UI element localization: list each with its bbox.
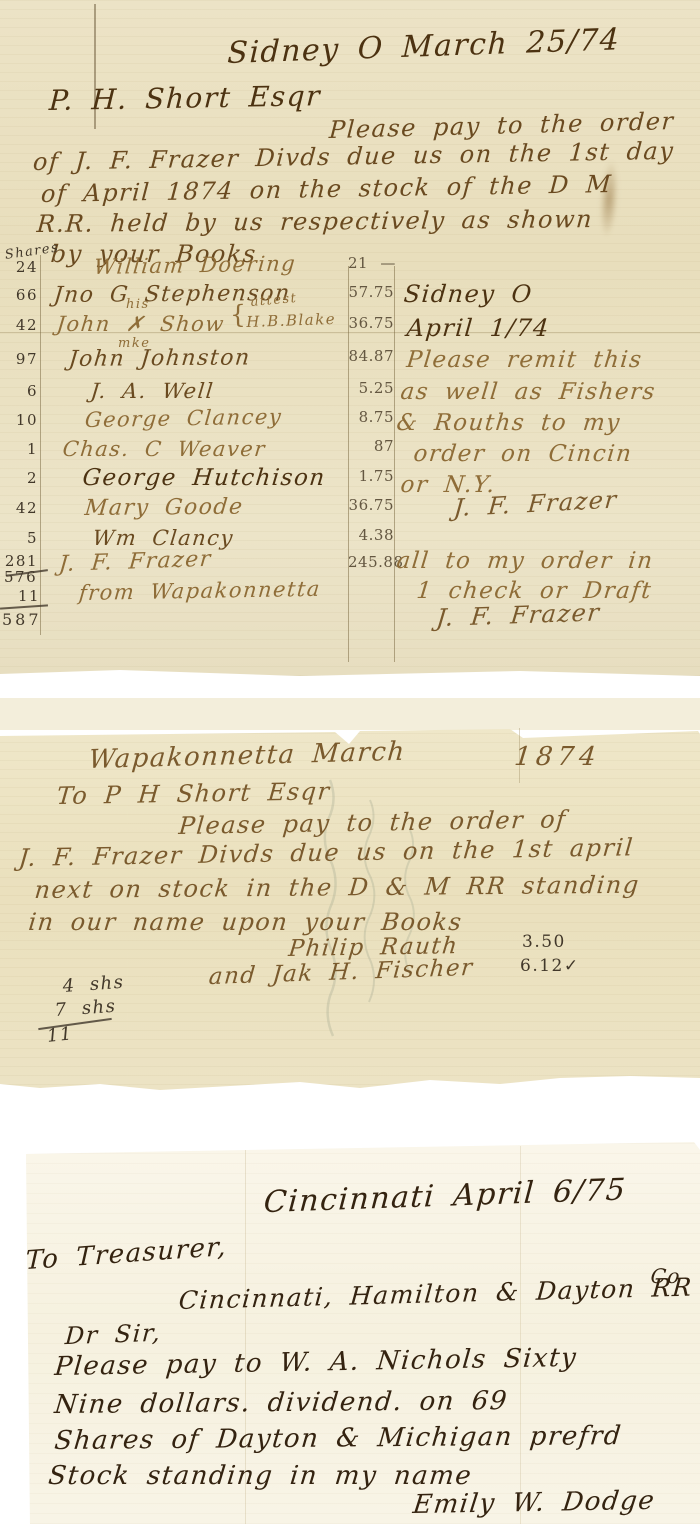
doc1-attest-brace: { <box>230 300 247 329</box>
doc1-row-amount: 57.75 <box>348 283 394 301</box>
doc1-row-amount: 8.75 <box>348 408 394 426</box>
doc2-tally-line2: 7 shs <box>54 996 117 1021</box>
doc2-year: 1874 <box>513 742 602 772</box>
doc2-addressee: To P H Short Esqr <box>56 777 332 810</box>
doc1-row-shares: 2 <box>2 469 38 487</box>
table-rule-amount-right <box>394 266 395 662</box>
doc1-row-name: J. A. Well <box>89 379 215 403</box>
doc1-row-amount: 245.88 <box>348 553 394 571</box>
doc1-row-name: George Clancey <box>84 405 283 432</box>
doc1-row-name: Chas. C Weaver <box>61 437 267 461</box>
doc1-note-date: April 1/74 <box>406 314 551 342</box>
doc3-signature: Emily W. Dodge <box>411 1486 657 1520</box>
doc1-row-shares: 10 <box>2 411 38 429</box>
doc1-attest-name: H.B.Blake <box>246 310 336 331</box>
doc1-row-amount: 36.75 <box>348 496 394 514</box>
doc1-mark-note-his: his <box>126 297 150 312</box>
doc1-note-place: Sidney O <box>403 280 534 308</box>
doc1-note-line3: & Rouths to my <box>395 410 622 436</box>
doc1-note-signature2: J. F. Frazer <box>435 598 602 632</box>
doc1-row-name: George Hutchison <box>81 465 327 491</box>
doc1-row-name: William Doering <box>93 251 297 279</box>
doc1-row-shares: 1 <box>2 440 38 458</box>
doc3-body-line3: Shares of Dayton & Michigan prefrd <box>53 1421 623 1456</box>
doc1-tally-subtotal: 576 <box>4 568 37 586</box>
doc2-body-line4: in our name upon your Books <box>27 908 464 936</box>
doc3-body-line2: Nine dollars. dividend. on 69 <box>53 1386 509 1420</box>
doc1-row-amount: 84.87 <box>348 347 394 365</box>
doc1-row-name: from Wapakonnetta <box>78 577 322 605</box>
doc1-row-amount: 4.38 <box>348 526 394 544</box>
doc1-row-name: John Johnston <box>68 345 252 372</box>
doc1-row-shares: 42 <box>2 499 38 517</box>
doc1-row-shares: 5 <box>2 529 38 547</box>
doc1-row-shares: 6 <box>2 382 38 400</box>
doc1-row-shares: 24 <box>2 258 38 276</box>
doc1-row-amount: 1.75 <box>348 467 394 485</box>
doc1-row-shares: 42 <box>2 316 38 334</box>
doc1-note-line1: Please remit this <box>405 347 644 373</box>
doc2-body-line3: next on stock in the D & M RR standing <box>33 871 641 904</box>
doc1-row-name: Mary Goode <box>84 495 245 521</box>
doc1-row-amount: 21 — <box>348 254 394 272</box>
doc1-row-name: John ✗ Show <box>55 312 226 336</box>
doc1-note-line2: as well as Fishers <box>399 379 657 405</box>
doc1-row-shares: 97 <box>2 350 38 368</box>
scanned-documents-page: Sidney O March 25/74 P. H. Short Esqr Pl… <box>0 0 700 1524</box>
table-rule-left <box>40 255 41 635</box>
doc1-body-line4: R.R. held by us respectively as shown <box>36 205 594 238</box>
doc1-row-name: Wm Clancy <box>91 526 235 550</box>
doc1-row-amount: 87 <box>348 437 394 455</box>
doc1-row-shares: 66 <box>2 286 38 304</box>
doc1-row-amount: 5.25 <box>348 379 394 397</box>
doc1-row-amount: 36.75 <box>348 314 394 332</box>
doc3-salutation: Dr Sir, <box>64 1319 162 1350</box>
doc2-tally-line1: 4 shs <box>62 972 125 997</box>
doc1-note-line6: all to my order in <box>395 548 655 574</box>
doc1-note-line4: order on Cincin <box>412 441 634 467</box>
doc1-tally-total: 587 <box>2 610 42 629</box>
doc2-amount1: 3.50 <box>522 932 566 952</box>
doc1-addressee: P. H. Short Esqr <box>48 79 322 117</box>
doc1-tally-extra: 11 <box>18 587 40 605</box>
doc2-amount2: 6.12✓ <box>520 956 580 976</box>
doc2-tally-total: 11 <box>46 1023 74 1047</box>
doc3-company-suffix: Co <box>649 1264 682 1288</box>
doc3-body-line4: Stock standing in my name <box>47 1461 474 1491</box>
paper-edge-shadow-strip <box>0 698 700 730</box>
